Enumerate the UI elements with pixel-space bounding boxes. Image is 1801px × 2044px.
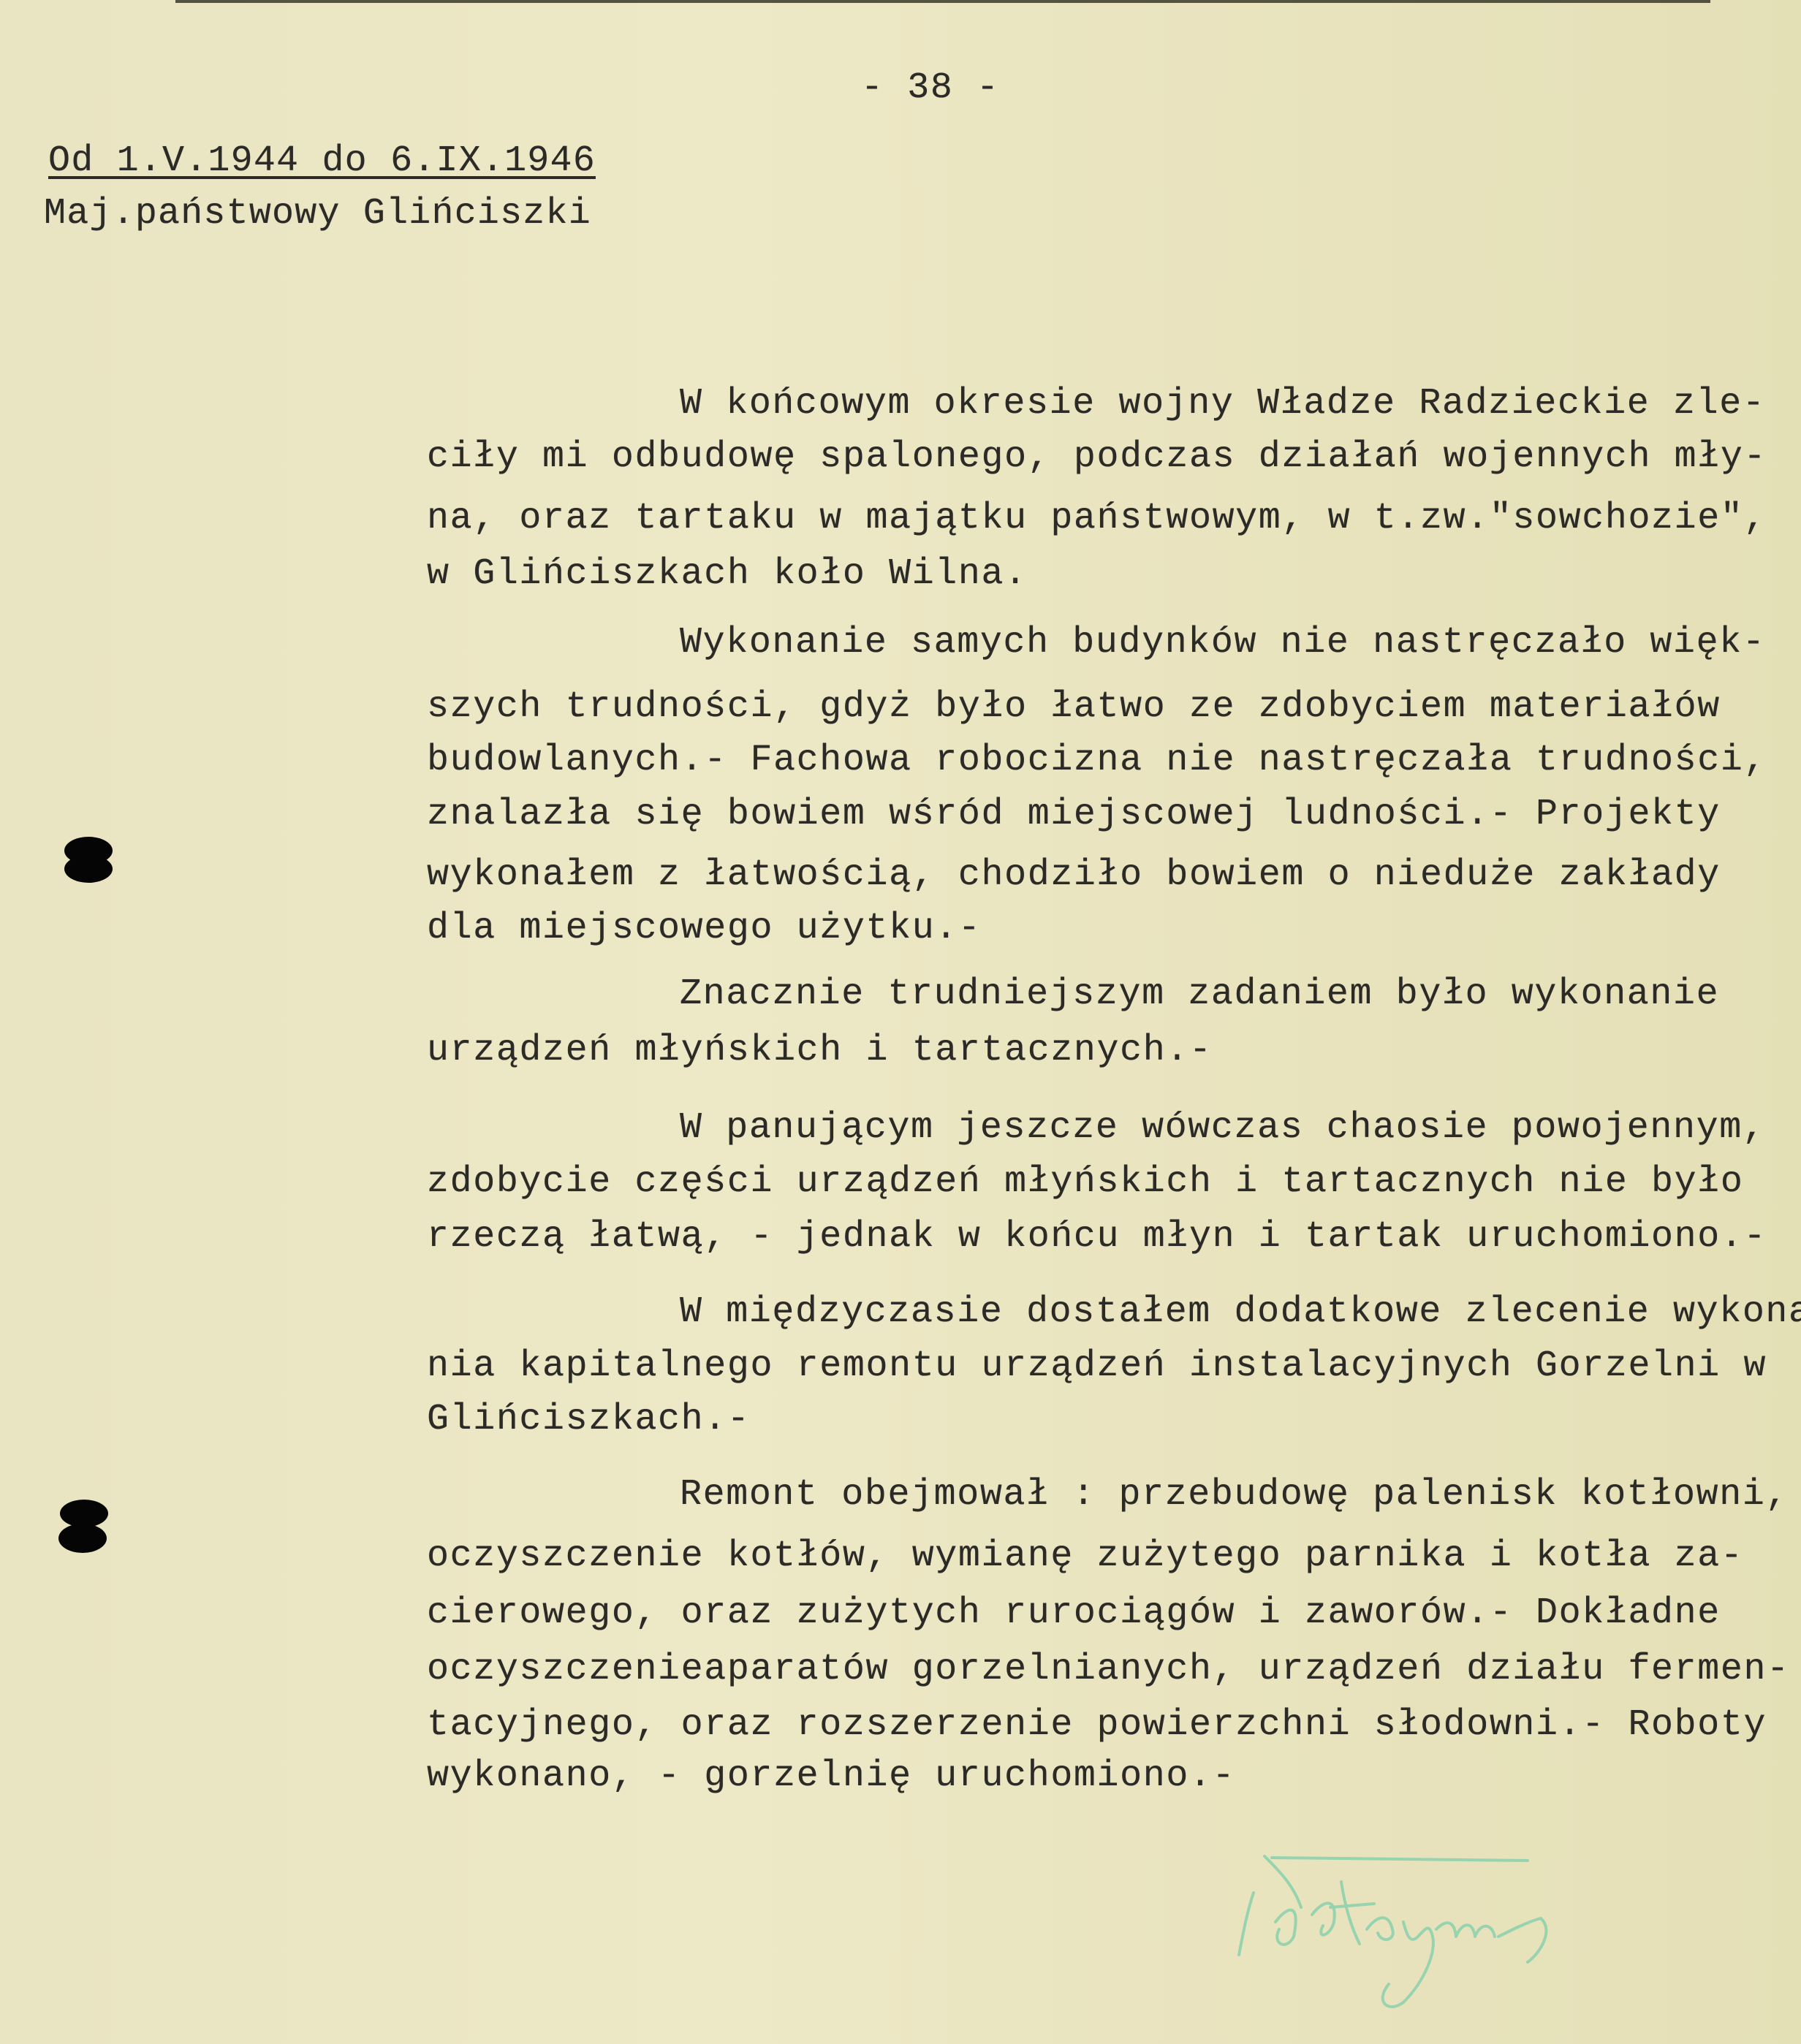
text-line: ciły mi odbudowę spalonego, podczas dzia… [427, 439, 1767, 476]
text-line: wykonano, - gorzelnię uruchomiono.- [427, 1758, 1235, 1795]
estate-name: Maj.państwowy Glińciszki [44, 196, 591, 232]
text-line: W międzyczasie dostałem dodatkowe zlecen… [680, 1294, 1801, 1331]
text-line: wykonałem z łatwością, chodziło bowiem o… [427, 857, 1721, 894]
date-range-heading: Od 1.V.1944 do 6.IX.1946 [48, 143, 596, 180]
text-line: urządzeń młyńskich i tartacznych.- [427, 1033, 1213, 1069]
text-line: znalazła się bowiem wśród miejscowej lud… [427, 797, 1721, 833]
page-number: - 38 - [861, 70, 1000, 107]
text-line: nia kapitalnego remontu urządzeń instala… [427, 1348, 1767, 1385]
text-line: rzeczą łatwą, - jednak w końcu młyn i ta… [427, 1219, 1767, 1255]
text-line: Glińciszkach.- [427, 1402, 750, 1438]
punch-hole-icon [64, 855, 113, 883]
text-line: tacyjnego, oraz rozszerzenie powierzchni… [427, 1707, 1767, 1744]
text-line: oczyszczenie kotłów, wymianę zużytego pa… [427, 1538, 1743, 1575]
signature-icon [1184, 1827, 1637, 2017]
text-line: W końcowym okresie wojny Władze Radzieck… [680, 386, 1765, 422]
text-line: W panującym jeszcze wówczas chaosie powo… [680, 1110, 1765, 1147]
text-line: zdobycie części urządzeń młyńskich i tar… [427, 1164, 1743, 1201]
text-line: w Glińciszkach koło Wilna. [427, 556, 1028, 593]
text-line: cierowego, oraz zużytych rurociągów i za… [427, 1595, 1721, 1632]
text-line: Znacznie trudniejszym zadaniem było wyko… [680, 976, 1719, 1013]
punch-hole-icon [58, 1524, 107, 1553]
document-page: - 38 - Od 1.V.1944 do 6.IX.1946 Maj.pańs… [0, 0, 1801, 2044]
text-line: na, oraz tartaku w majątku państwowym, w… [427, 501, 1767, 537]
text-line: dla miejscowego użytku.- [427, 911, 982, 947]
text-line: szych trudności, gdyż było łatwo ze zdob… [427, 689, 1721, 726]
text-line: Wykonanie samych budynków nie nastręczał… [680, 625, 1765, 661]
text-line: oczyszczenieaparatów gorzelnianych, urzą… [427, 1652, 1790, 1688]
text-line: budowlanych.- Fachowa robocizna nie nast… [427, 742, 1767, 779]
text-line: Remont obejmował : przebudowę palenisk k… [680, 1477, 1789, 1513]
page-top-edge [175, 0, 1710, 3]
